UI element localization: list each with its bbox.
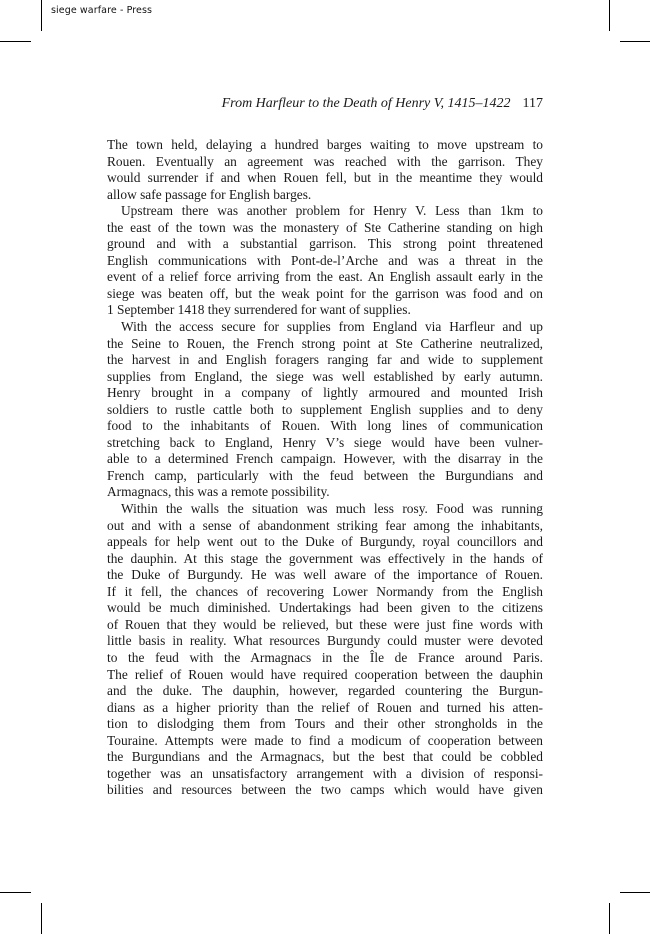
text-line: Within the walls the situation was much …	[107, 501, 543, 518]
text-line: out and with a sense of abandonment stri…	[107, 518, 543, 535]
page-number: 117	[523, 96, 543, 111]
text-line: Rouen. Eventually an agreement was reach…	[107, 154, 543, 171]
text-line: Upstream there was another problem for H…	[107, 203, 543, 220]
crop-mark-top-right-horizontal	[620, 41, 650, 42]
text-line: allow safe passage for English barges.	[107, 187, 543, 204]
crop-mark-top-right-vertical	[609, 0, 610, 31]
text-line: Armagnacs, this was a remote possibility…	[107, 484, 543, 501]
text-line: able to a determined French campaign. Ho…	[107, 451, 543, 468]
crop-mark-bottom-right-vertical	[609, 903, 610, 934]
text-line: the dauphin. At this stage the governmen…	[107, 551, 543, 568]
text-line: Touraine. Attempts were made to find a m…	[107, 733, 543, 750]
text-line: the Burgundians and the Armagnacs, but t…	[107, 749, 543, 766]
text-line: 1 September 1418 they surrendered for wa…	[107, 302, 543, 319]
text-line: With the access secure for supplies from…	[107, 319, 543, 336]
text-line: to the feud with the Armagnacs in the Îl…	[107, 650, 543, 667]
text-line: food to the inhabitants of Rouen. With l…	[107, 418, 543, 435]
text-line: soldiers to rustle cattle both to supple…	[107, 402, 543, 419]
crop-mark-bottom-left-vertical	[41, 903, 42, 934]
text-line: would surrender if and when Rouen fell, …	[107, 170, 543, 187]
text-line: of Rouen that they would be relieved, bu…	[107, 617, 543, 634]
running-head: From Harfleur to the Death of Henry V, 1…	[107, 96, 543, 112]
text-line: supplies from England, the siege was wel…	[107, 369, 543, 386]
text-line: dians as a higher priority than the reli…	[107, 700, 543, 717]
text-line: would be much diminished. Undertakings h…	[107, 600, 543, 617]
text-line: the Seine to Rouen, the French strong po…	[107, 336, 543, 353]
text-line: siege was beaten off, but the weak point…	[107, 286, 543, 303]
crop-mark-top-left-horizontal	[0, 41, 31, 42]
crop-mark-bottom-right-horizontal	[620, 892, 650, 893]
text-line: ground and with a substantial garrison. …	[107, 236, 543, 253]
paragraph: Upstream there was another problem for H…	[107, 203, 543, 319]
text-line: the harvest in and English foragers rang…	[107, 352, 543, 369]
text-line: If it fell, the chances of recovering Lo…	[107, 584, 543, 601]
paragraph: With the access secure for supplies from…	[107, 319, 543, 501]
text-line: the Duke of Burgundy. He was well aware …	[107, 567, 543, 584]
printer-slug: siege warfare - Press	[51, 5, 152, 16]
text-line: together was an unsatisfactory arrangeme…	[107, 766, 543, 783]
text-line: The town held, delaying a hundred barges…	[107, 137, 543, 154]
text-line: stretching back to England, Henry V’s si…	[107, 435, 543, 452]
paragraph: Within the walls the situation was much …	[107, 501, 543, 799]
body-text: The town held, delaying a hundred barges…	[107, 137, 543, 799]
text-line: The relief of Rouen would have required …	[107, 667, 543, 684]
paragraph: The town held, delaying a hundred barges…	[107, 137, 543, 203]
chapter-title: From Harfleur to the Death of Henry V, 1…	[222, 96, 511, 111]
text-line: French camp, particularly with the feud …	[107, 468, 543, 485]
text-line: bilities and resources between the two c…	[107, 782, 543, 799]
text-line: little basis in reality. What resources …	[107, 633, 543, 650]
text-line: English communications with Pont-de-l’Ar…	[107, 253, 543, 270]
crop-mark-top-left-vertical	[41, 0, 42, 31]
text-line: and the duke. The dauphin, however, rega…	[107, 683, 543, 700]
text-line: tion to dislodging them from Tours and t…	[107, 716, 543, 733]
text-line: event of a relief force arriving from th…	[107, 269, 543, 286]
crop-mark-bottom-left-horizontal	[0, 892, 31, 893]
text-line: the east of the town was the monastery o…	[107, 220, 543, 237]
text-line: appeals for help went out to the Duke of…	[107, 534, 543, 551]
text-line: Henry brought in a company of lightly ar…	[107, 385, 543, 402]
